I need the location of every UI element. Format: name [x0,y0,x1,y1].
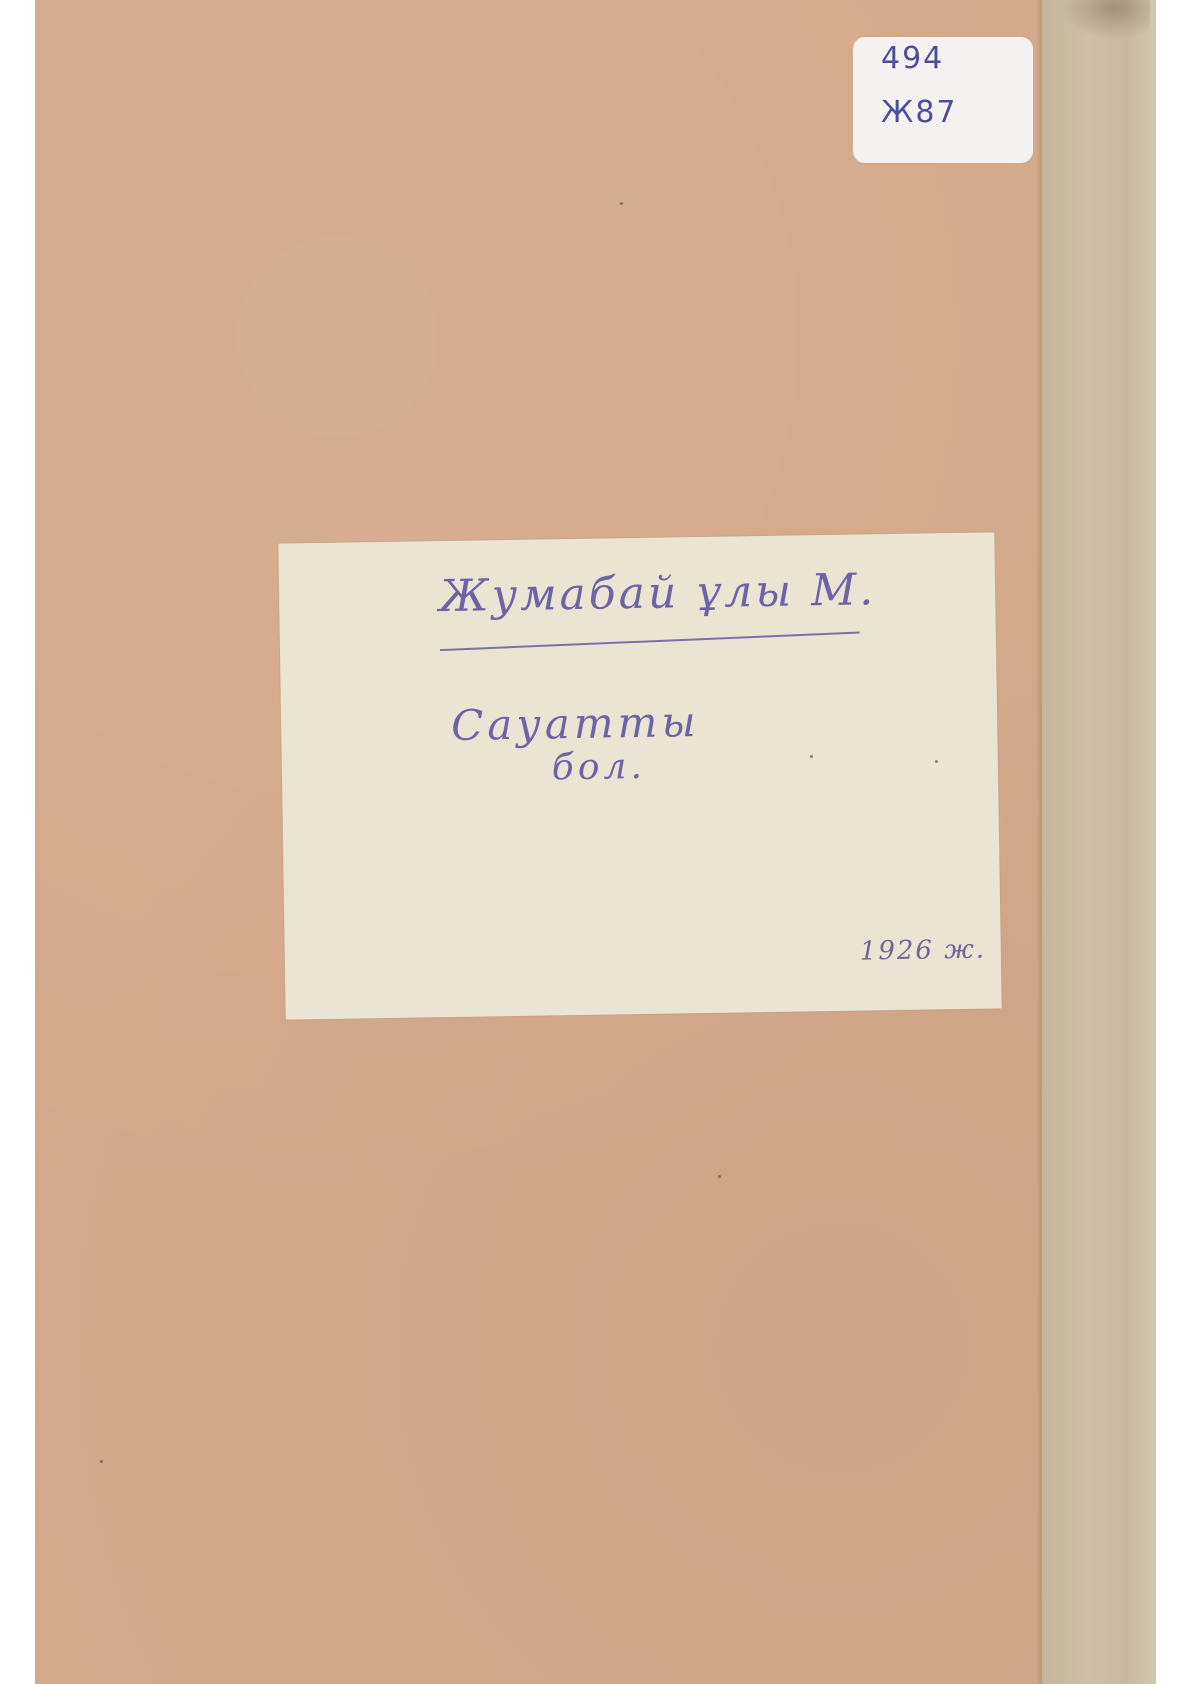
title-line-1: Сауатты [451,697,700,750]
spine-stain [1060,0,1150,40]
publication-year: 1926 ж. [860,935,987,967]
paper-speck [810,755,813,758]
paper-speck [935,760,938,763]
title-label: Жумабай ұлы М. Сауатты бол. 1926 ж. [278,532,1001,1019]
catalog-number: 494 [881,41,944,76]
catalog-code: Ж87 [881,95,958,130]
author-name: Жумабай ұлы М. [439,564,877,622]
title-line-2: бол. [552,746,647,788]
paper-speck [620,202,623,205]
catalog-sticker: 494 Ж87 [853,37,1033,163]
paper-speck [100,1460,103,1463]
paper-speck [718,1175,721,1178]
folder-spine [1042,0,1156,1684]
author-underline [440,632,860,652]
